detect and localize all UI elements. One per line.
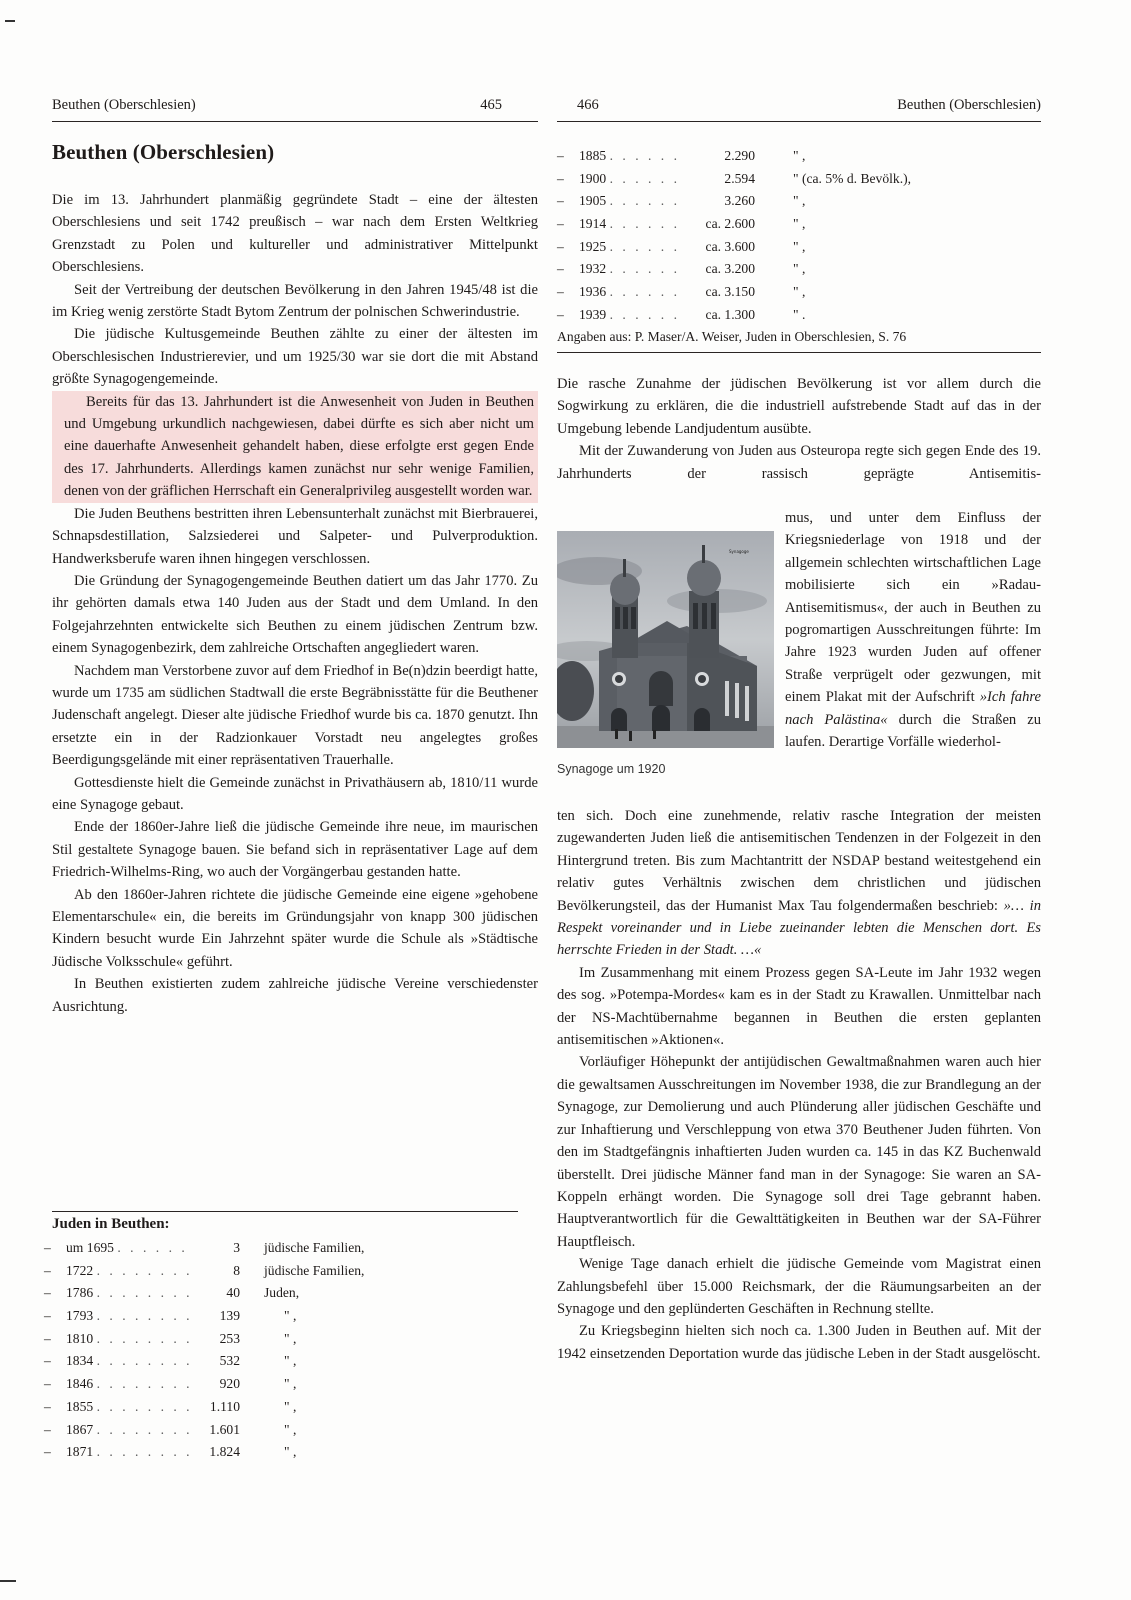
population-table-left: –um 1695 . . . . . . . . . . . . .3jüdis… [44, 1237, 364, 1464]
table-row: –1871 . . . . . . . . . . . . .1.824" , [44, 1441, 364, 1464]
paragraph: Gottesdienste hielt die Gemeinde zunächs… [52, 772, 538, 817]
table-row: –1900 . . . . . . . . . . .2.594" (ca. 5… [557, 168, 911, 191]
paragraph: Zu Kriegsbeginn hielten sich noch ca. 1.… [557, 1320, 1041, 1365]
page-number: 465 [480, 97, 502, 114]
table-source: Angaben aus: P. Maser/A. Weiser, Juden i… [557, 329, 906, 345]
paragraph: Mit der Zuwanderung von Juden aus Osteur… [557, 440, 1041, 485]
paragraph: Vorläufiger Höhepunkt der antijüdischen … [557, 1051, 1041, 1253]
table-row: –1905 . . . . . . . . . . .3.260" , [557, 190, 911, 213]
synagogue-illustration-icon: Synagoge [557, 531, 774, 748]
paragraph: Seit der Vertreibung der deutschen Bevöl… [52, 279, 538, 324]
header-rule [557, 121, 1041, 122]
body-text-right: ten sich. Doch eine zunehmende, relativ … [557, 805, 1041, 1365]
table-title: Juden in Beuthen: [52, 1216, 170, 1233]
paragraph: Ende der 1860er-Jahre ließ die jüdische … [52, 816, 538, 883]
left-page: Beuthen (Oberschlesien) 465 Beuthen (Obe… [52, 0, 538, 1600]
table-row: –1810 . . . . . . . . . . . . .253" , [44, 1328, 364, 1351]
table-row: –um 1695 . . . . . . . . . . . . .3jüdis… [44, 1237, 364, 1260]
figure-caption: Synagoge um 1920 [557, 762, 665, 776]
table-row: –1855 . . . . . . . . . . . . .1.110" , [44, 1396, 364, 1419]
paragraph: Die Gründung der Synagogengemeinde Beuth… [52, 570, 538, 660]
paragraph: Die jüdische Kultusgemeinde Beuthen zähl… [52, 323, 538, 390]
table-row: –1885 . . . . . . . . . . .2.290" , [557, 145, 911, 168]
paragraph: Nachdem man Verstorbene zuvor auf dem Fr… [52, 660, 538, 772]
paragraph: Ab den 1860er-Jahren richtete die jüdisc… [52, 884, 538, 974]
table-row: –1925 . . . . . . . . . . .ca. 3.600" , [557, 236, 911, 259]
table-row: –1793 . . . . . . . . . . . . .139" , [44, 1305, 364, 1328]
source-rule [557, 352, 1041, 353]
table-rule [52, 1211, 518, 1212]
running-head-title: Beuthen (Oberschlesien) [52, 97, 196, 114]
paragraph: ten sich. Doch eine zunehmende, relativ … [557, 805, 1041, 962]
table-row: –1846 . . . . . . . . . . . . .920" , [44, 1373, 364, 1396]
header-rule [52, 121, 538, 122]
float-text: mus, und unter dem Einfluss der Kriegsni… [785, 507, 1041, 753]
page-title: Beuthen (Oberschlesien) [52, 140, 274, 165]
running-head-title: Beuthen (Oberschlesien) [897, 97, 1041, 114]
table-row: –1939 . . . . . . . . . . .ca. 1.300" . [557, 304, 911, 327]
paragraph: Die Juden Beuthens bestritten ihren Lebe… [52, 503, 538, 570]
table-row: –1936 . . . . . . . . . . .ca. 3.150" , [557, 281, 911, 304]
body-text-right-intro: Die rasche Zunahme der jüdischen Bevölke… [557, 373, 1041, 485]
paragraph: Die im 13. Jahrhundert planmäßig gegründ… [52, 189, 538, 279]
svg-text:Synagoge: Synagoge [729, 549, 749, 554]
paragraph: Im Zusammenhang mit einem Prozess gegen … [557, 962, 1041, 1052]
table-row: –1867 . . . . . . . . . . . . .1.601" , [44, 1419, 364, 1442]
running-head-right: 466 Beuthen (Oberschlesien) [557, 92, 1041, 114]
table-row: –1786 . . . . . . . . . . . . .40Juden, [44, 1282, 364, 1305]
paragraph: Wenige Tage danach erhielt die jüdische … [557, 1253, 1041, 1320]
scan-mark [5, 20, 15, 22]
right-page: 466 Beuthen (Oberschlesien) –1885 . . . … [557, 0, 1041, 1600]
body-text-left: Die im 13. Jahrhundert planmäßig gegründ… [52, 189, 538, 1018]
synagogue-photo: Synagoge [557, 531, 774, 748]
page-number: 466 [577, 97, 599, 114]
paragraph: Die rasche Zunahme der jüdischen Bevölke… [557, 373, 1041, 440]
table-row: –1722 . . . . . . . . . . . . .8jüdische… [44, 1260, 364, 1283]
scan-mark [0, 1580, 16, 1582]
running-head-left: Beuthen (Oberschlesien) 465 [52, 92, 538, 114]
paragraph: In Beuthen existierten zudem zahlreiche … [52, 973, 538, 1018]
population-table-right: –1885 . . . . . . . . . . .2.290" , –190… [557, 145, 911, 327]
highlighted-paragraph: Bereits für das 13. Jahrhundert ist die … [52, 391, 538, 503]
table-row: –1914 . . . . . . . . . . .ca. 2.600" , [557, 213, 911, 236]
table-row: –1932 . . . . . . . . . . .ca. 3.200" , [557, 258, 911, 281]
table-row: –1834 . . . . . . . . . . . . .532" , [44, 1350, 364, 1373]
